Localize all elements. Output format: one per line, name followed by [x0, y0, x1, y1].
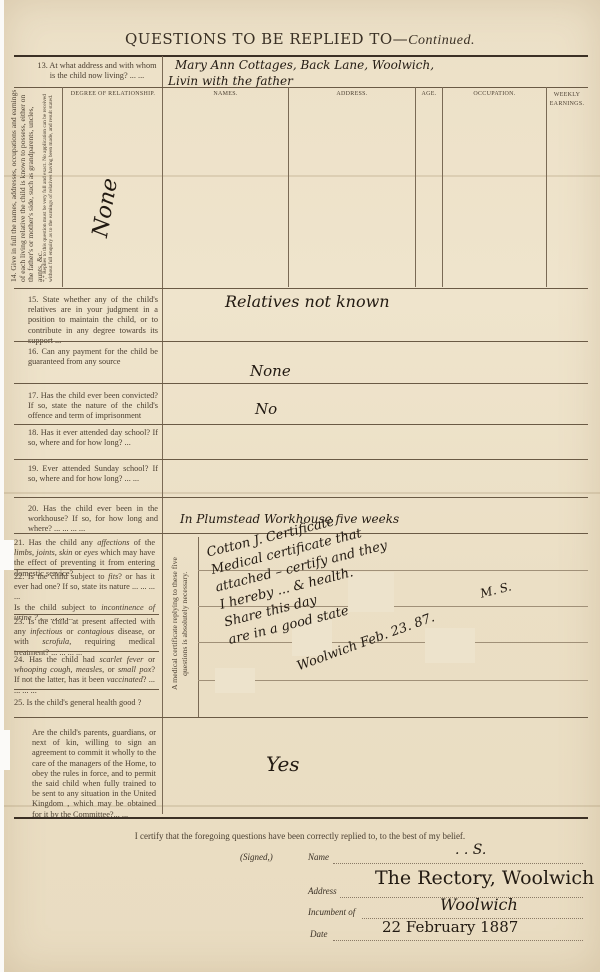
row-divider: [14, 341, 588, 342]
incumbent-label: Incumbent of: [308, 907, 355, 917]
certification-statement: I certify that the foregoing questions h…: [0, 831, 600, 841]
row-divider: [14, 569, 159, 570]
column-divider: [288, 87, 289, 287]
q15-answer: Relatives not known: [225, 292, 390, 311]
row-divider: [14, 497, 588, 498]
q23-text: or: [62, 627, 77, 636]
q22-label: 22. Is the child subject to fits? or has…: [14, 572, 155, 623]
section-rule: [14, 817, 588, 819]
q24-text: , or: [102, 665, 118, 674]
q26-answer: Yes: [266, 752, 300, 776]
title-text: QUESTIONS TO BE REPLIED TO—: [125, 30, 408, 48]
column-divider: [62, 87, 63, 287]
q24-number: 24.: [14, 655, 24, 664]
q14-note: *,* Replies to this question must be ver…: [42, 87, 54, 282]
q22-text: Is the child subject to: [28, 572, 108, 581]
row-divider: [14, 383, 588, 384]
title-rule: [14, 55, 588, 57]
q23-em: infectious: [30, 627, 62, 636]
torn-edge: [0, 730, 10, 770]
q22-em: fits: [108, 572, 118, 581]
q21-em: eyes: [84, 548, 98, 557]
q18-label: 18. Has it ever attended day school? If …: [28, 428, 158, 448]
row-divider: [14, 717, 588, 718]
column-divider: [415, 87, 416, 287]
q13-answer-with-whom: Livin with the father: [168, 74, 293, 88]
q24-text: or: [143, 655, 155, 664]
row-divider: [14, 288, 588, 289]
q21-text: or: [72, 548, 83, 557]
q21-text: of the: [129, 538, 155, 547]
q24-em: whooping cough, measles: [14, 665, 102, 674]
date-field[interactable]: [333, 939, 583, 941]
column-divider: [162, 56, 163, 814]
q24-em: vaccinated: [107, 675, 143, 684]
fold-crease: [4, 492, 600, 494]
q21-em: affections: [97, 538, 129, 547]
col-weekly-earnings: WEEKLY EARNINGS.: [547, 91, 587, 109]
row-divider: [14, 87, 588, 88]
incumbent-value: Woolwich: [440, 895, 518, 914]
date-label: Date: [310, 929, 328, 939]
row-divider: [14, 459, 588, 460]
q23-number: 23.: [14, 617, 24, 626]
row-divider: [14, 614, 159, 615]
q19-label: 19. Ever attended Sunday school? If so, …: [28, 464, 158, 484]
q20-label: 20. Has the child ever been in the workh…: [28, 504, 158, 535]
column-divider: [442, 87, 443, 287]
q24-em: small pox: [118, 665, 151, 674]
row-divider: [14, 689, 159, 690]
medical-note: A medical certificate replying to these …: [170, 557, 190, 690]
q15-label: 15. State whether any of the child's rel…: [28, 295, 158, 346]
q16-answer: None: [250, 362, 291, 380]
q21-em: limbs, joints, skin: [14, 548, 72, 557]
title-continued: Continued.: [408, 33, 475, 48]
signed-label: (Signed,): [240, 852, 273, 862]
name-label: Name: [308, 852, 329, 862]
redaction: [215, 668, 255, 693]
col-occupation: OCCUPATION.: [443, 91, 546, 97]
medical-note-line2: questions is absolutely necessary.: [180, 557, 190, 690]
name-value: . . S.: [455, 842, 486, 858]
torn-edge: [0, 540, 14, 570]
q23-em: contagious: [77, 627, 113, 636]
row-divider: [14, 424, 588, 425]
ruled-line: [198, 680, 588, 681]
q17-answer: No: [255, 400, 277, 418]
address-label: Address: [308, 886, 337, 896]
col-age: AGE.: [416, 91, 442, 97]
column-divider: [198, 537, 199, 717]
column-divider: [546, 87, 547, 287]
col-address: ADDRESS.: [289, 91, 415, 97]
q16-label: 16. Can any payment for the child be gua…: [28, 347, 158, 367]
date-value: 22 February 1887: [382, 918, 518, 936]
q23-em: scrofula: [42, 637, 69, 646]
q25-label: 25. Is the child's general health good ?: [14, 698, 159, 708]
medical-note-line1: A medical certificate replying to these …: [170, 557, 180, 690]
q21-text: Has the child any: [29, 538, 98, 547]
redaction: [425, 628, 475, 663]
q21-number: 21.: [14, 538, 24, 547]
q22-subtext: Is the child subject to: [14, 603, 101, 612]
q14-label: 14. Give in full the names, addresses, o…: [10, 87, 44, 282]
q26-label: Are the child's parents, guardians, or n…: [32, 728, 156, 820]
q13-label: 13. At what address and with whom is the…: [36, 61, 158, 81]
document-page: [4, 0, 600, 972]
fold-crease: [4, 175, 600, 177]
row-divider: [14, 651, 159, 652]
q24-em: scarlet fever: [100, 655, 144, 664]
q17-label: 17. Has the child ever been convicted? I…: [28, 391, 158, 422]
q22-number: 22.: [14, 572, 24, 581]
q24-text: Has the child had: [29, 655, 99, 664]
address-value: The Rectory, Woolwich: [375, 867, 594, 889]
q13-answer-address: Mary Ann Cottages, Back Lane, Woolwich,: [175, 58, 434, 72]
col-names: NAMES.: [163, 91, 288, 97]
page-title: QUESTIONS TO BE REPLIED TO—Continued.: [0, 30, 600, 49]
name-field[interactable]: [333, 862, 583, 864]
col-degree-of-relationship: DEGREE OF RELATIONSHIP.: [64, 91, 162, 97]
